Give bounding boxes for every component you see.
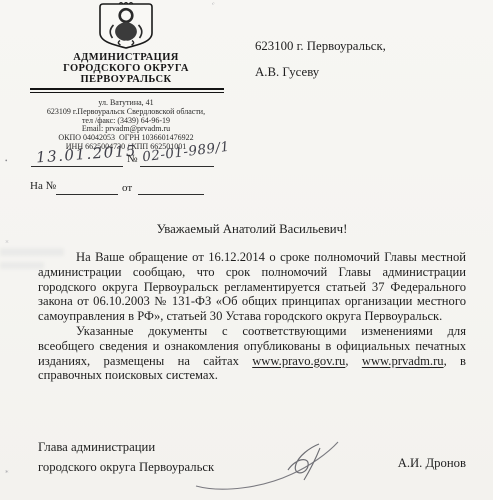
handwritten-signature [192, 436, 344, 494]
reply-number-underline [56, 194, 118, 195]
reply-from-label: от [122, 182, 132, 194]
reply-date-underline [138, 194, 204, 195]
letter-body: На Ваше обращение от 16.12.2014 о сроке … [38, 250, 466, 383]
letterhead: АДМИНИСТРАЦИЯ ГОРОДСКОГО ОКРУГА ПЕРВОУРА… [6, 2, 246, 152]
date-underline [31, 166, 123, 167]
reply-to-label: На № [30, 180, 56, 192]
salutation: Уважаемый Анатолий Васильевич! [38, 222, 466, 237]
body-paragraph-1: На Ваше обращение от 16.12.2014 о сроке … [38, 250, 466, 324]
signer-title: Глава администрации городского округа Пе… [38, 438, 214, 477]
org-name-line-1: АДМИНИСТРАЦИЯ [6, 52, 246, 63]
org-name-line-2: ГОРОДСКОГО ОКРУГА [6, 63, 246, 74]
recipient-name: А.В. Гусеву [255, 65, 319, 80]
letterhead-divider [30, 88, 224, 93]
coat-of-arms-icon [96, 2, 156, 50]
signer-name: А.И. Дронов [398, 456, 466, 471]
scan-speck: • [5, 157, 7, 165]
link-pravo-gov-ru: www.pravo.gov.ru [252, 354, 345, 368]
link-prvadm-ru: www.prvadm.ru [362, 354, 444, 368]
body-paragraph-2: Указанные документы с соответствующими и… [38, 324, 466, 383]
scanned-letter: АДМИНИСТРАЦИЯ ГОРОДСКОГО ОКРУГА ПЕРВОУРА… [0, 0, 493, 500]
number-sign-label: № [127, 153, 138, 165]
link-separator: , [345, 354, 361, 368]
signer-title-line-2: городского округа Первоуральск [38, 458, 214, 478]
signer-title-line-1: Глава администрации [38, 438, 214, 458]
number-underline [140, 166, 214, 167]
recipient-city: 623100 г. Первоуральск, [255, 39, 386, 54]
org-name-line-3: ПЕРВОУРАЛЬСК [6, 74, 246, 85]
scan-speck: × [5, 238, 9, 246]
scan-speck: ⁎ [5, 467, 9, 475]
